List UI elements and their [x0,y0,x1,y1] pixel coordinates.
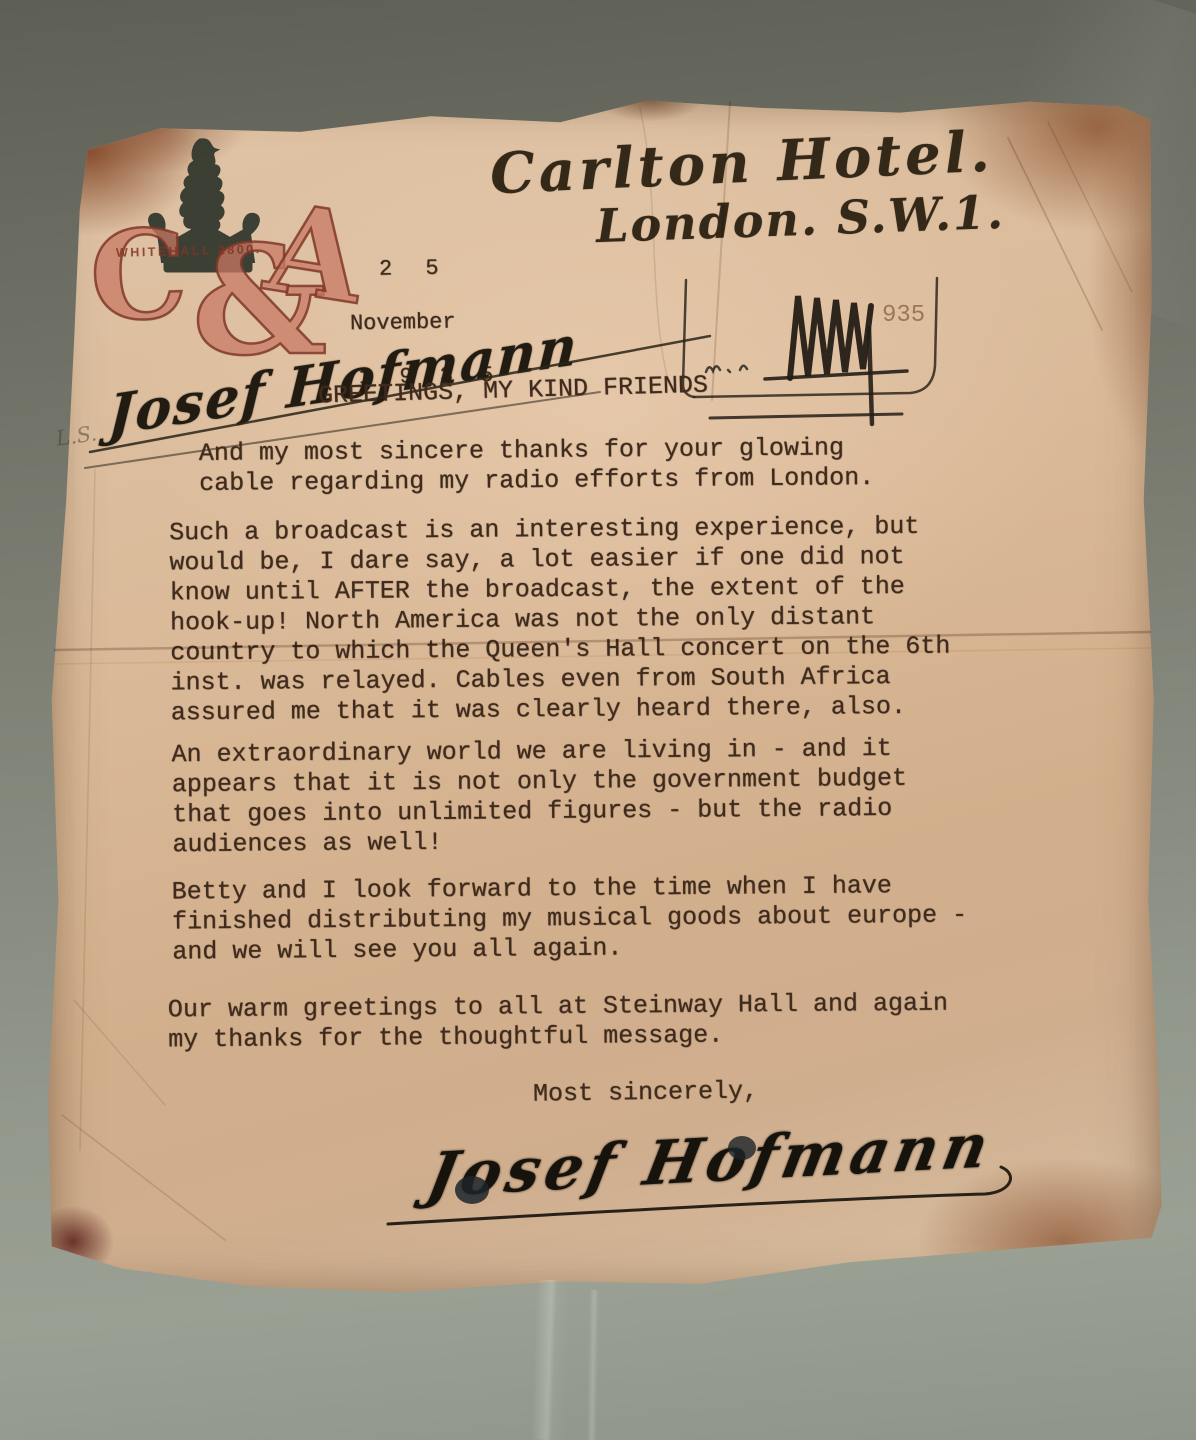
background-tape-streak [531,1279,571,1440]
closing-line: Most sincerely, [533,1076,758,1108]
letter-paragraph-3: An extraordinary world we are living in … [171,734,907,860]
letter-paragraph-5: Our warm greetings to all at Steinway Ha… [168,989,949,1056]
letter-paragraph-1: And my most sincere thanks for your glow… [199,433,875,499]
photo-of-letter: C & A WHITEHALL 2800. Carlton Hotel. Lon… [0,0,1196,1440]
background-tape-streak-thin [587,1290,600,1440]
letter-paragraph-2: Such a broadcast is an interesting exper… [169,512,951,729]
logo-letter-c: C [88,212,189,337]
letter-paragraph-4: Betty and I look forward to the time whe… [172,871,968,968]
date-day: 2 5 [349,254,499,284]
